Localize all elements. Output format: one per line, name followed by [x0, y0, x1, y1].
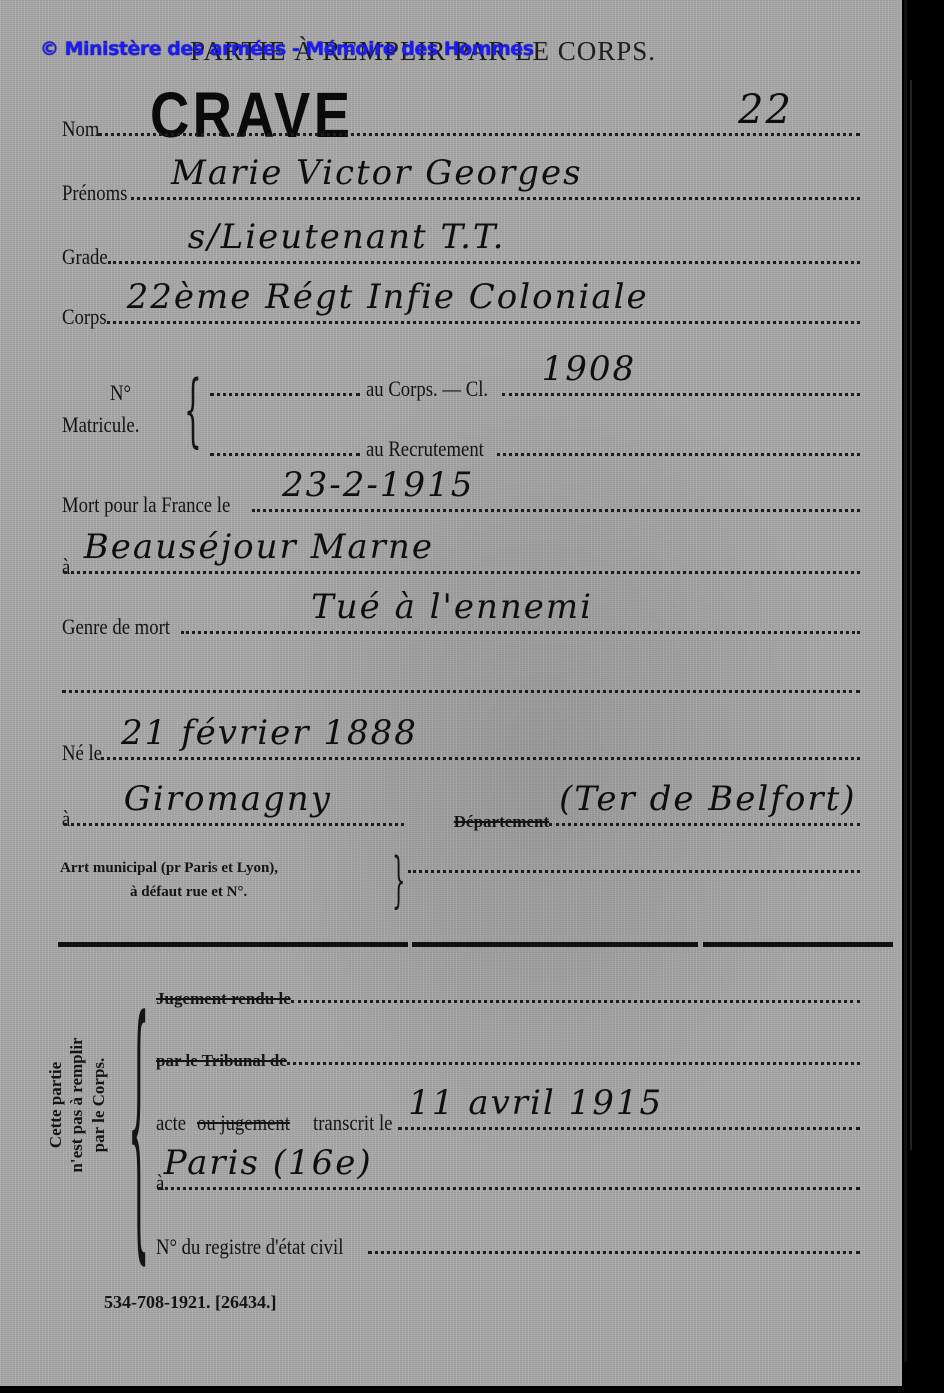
label-au-recrutement: au Recrutement	[366, 438, 484, 460]
surname-stamp: CRAVE	[150, 78, 353, 152]
label-arrondissement-2: à défaut rue et N°.	[130, 884, 247, 901]
row-ne-le: Né le 21 février 1888	[62, 742, 860, 764]
label-ne-a: à	[62, 808, 70, 830]
row-ne-a: à Giromagny Département (Ter de Belfort)	[62, 808, 860, 830]
row-blank	[62, 690, 860, 697]
row-matricule-corps: au Corps. — Cl. 1908	[210, 378, 860, 400]
value-grade: s/Lieutenant T.T.	[188, 217, 506, 257]
row-grade: Grade s/Lieutenant T.T.	[62, 246, 860, 268]
value-mort-a: Beauséjour Marne	[84, 527, 434, 567]
row-lieu: à Paris (16e)	[156, 1172, 860, 1194]
value-ne-le: 21 février 1888	[121, 713, 418, 753]
label-matricule: Matricule.	[62, 412, 139, 438]
row-genre-mort: Genre de mort Tué à l'ennemi	[62, 616, 860, 638]
label-grade: Grade	[62, 246, 108, 268]
row-nom: Nom 22	[62, 118, 860, 140]
row-mort-a: à Beauséjour Marne	[62, 556, 860, 578]
label-tribunal: par le Tribunal de	[156, 1052, 287, 1069]
value-genre-mort: Tué à l'ennemi	[311, 587, 593, 627]
brace-matricule: {	[184, 370, 202, 450]
label-corps: Corps	[62, 306, 107, 328]
label-au-corps: au Corps. — Cl.	[366, 378, 488, 400]
row-prenoms: Prénoms Marie Victor Georges	[62, 182, 860, 204]
row-arrondissement	[408, 870, 860, 877]
border-rule	[904, 0, 907, 1362]
side-note: Cette partie n'est pas à remplir par le …	[45, 990, 109, 1220]
label-ne-le: Né le	[62, 742, 102, 764]
row-mort-le: Mort pour la France le 23-2-1915	[62, 494, 860, 516]
row-corps: Corps 22ème Régt Infie Coloniale	[62, 306, 860, 328]
print-reference: 534-708-1921. [26434.]	[104, 1292, 276, 1313]
label-arrondissement-1: Arrt municipal (pr Paris et Lyon),	[60, 860, 278, 877]
label-mort-le: Mort pour la France le	[62, 494, 230, 516]
label-prenoms: Prénoms	[62, 182, 127, 204]
value-lieu: Paris (16e)	[164, 1143, 373, 1183]
value-classe: 1908	[542, 349, 637, 389]
label-nom: Nom	[62, 118, 99, 140]
label-registre: N° du registre d'état civil	[156, 1236, 343, 1258]
label-genre-mort: Genre de mort	[62, 616, 170, 638]
brace-transcription: {	[128, 985, 149, 1265]
brace-arrondissement: }	[392, 850, 405, 910]
value-ne-a: Giromagny	[124, 779, 332, 819]
border-rule-inner	[910, 80, 912, 1150]
margin-number: 22	[738, 87, 793, 133]
row-acte: acte ou jugement transcrit le 11 avril 1…	[156, 1112, 860, 1134]
row-registre: N° du registre d'état civil	[156, 1236, 860, 1258]
label-departement: Département	[454, 813, 549, 830]
copyright-watermark: © Ministère des armées - Mémoire des Hom…	[40, 38, 534, 60]
value-corps: 22ème Régt Infie Coloniale	[127, 277, 649, 317]
separator-rule	[58, 942, 408, 947]
value-prenoms: Marie Victor Georges	[171, 153, 583, 193]
row-tribunal: par le Tribunal de	[156, 1052, 860, 1069]
label-jugement: Jugement rendu le	[156, 990, 291, 1007]
value-departement: (Ter de Belfort)	[559, 779, 856, 819]
row-matricule-recrutement: au Recrutement	[210, 438, 860, 460]
record-card: © Ministère des armées - Mémoire des Hom…	[0, 0, 902, 1386]
row-jugement: Jugement rendu le	[156, 990, 860, 1007]
value-transcrit-le: 11 avril 1915	[408, 1083, 663, 1123]
value-mort-le: 23-2-1915	[282, 465, 474, 505]
label-mort-a: à	[62, 556, 70, 578]
label-no: N°	[110, 380, 131, 406]
